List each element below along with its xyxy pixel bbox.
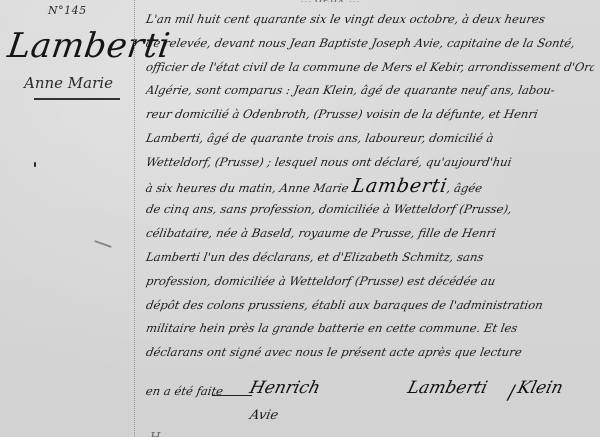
body-line: de relevée, devant nous Jean Baptiste Jo… [144, 32, 596, 56]
signature-separator: / [508, 380, 515, 404]
body-line: L'an mil huit cent quarante six le vingt… [144, 8, 596, 32]
body-line: Lamberti, âgé de quarante trois ans, lab… [144, 127, 596, 151]
previous-entry-fragment: ... deux ... [300, 0, 500, 2]
body-line: célibataire, née à Baseld, royaume de Pr… [144, 222, 596, 246]
next-entry-fragment: H... [150, 426, 590, 437]
body-line: dépôt des colons prussiens, établi aux b… [144, 294, 596, 318]
body-line: reur domicilié à Odenbroth, (Prusse) voi… [144, 103, 596, 127]
margin-underline [34, 98, 120, 100]
entry-number: N°145 [48, 4, 87, 17]
age-suffix: , âgée [446, 181, 484, 195]
signature-lamberti: Lamberti [406, 378, 490, 398]
deceased-surname: Lamberti [351, 175, 449, 197]
ink-mark [34, 162, 36, 167]
body-line: Wetteldorf, (Prusse) ; lesquel nous ont … [144, 151, 596, 175]
signature-dash [212, 395, 252, 396]
body-line-text: à six heures du matin, Anne Marie [145, 181, 350, 195]
register-page: ... deux ... N°145 Lamberti Anne Marie L… [0, 0, 600, 437]
body-line: de cinq ans, sans profession, domiciliée… [144, 198, 596, 222]
body-line: déclarans ont signé avec nous le présent… [144, 341, 596, 365]
margin-column: N°145 Lamberti Anne Marie [0, 0, 138, 437]
body-line: militaire hein près la grande batterie e… [144, 317, 596, 341]
signature-block: en a été faite Henrich Lamberti / Klein [146, 378, 594, 408]
body-line-with-name: à six heures du matin, Anne Marie Lamber… [144, 175, 596, 199]
officer-signature: Avie [248, 408, 279, 423]
body-line: officier de l'état civil de la commune d… [144, 56, 596, 80]
ink-mark [94, 240, 112, 248]
margin-rule [134, 0, 135, 437]
entry-body: L'an mil huit cent quarante six le vingt… [146, 8, 594, 365]
body-line: Lamberti l'un des déclarans, et d'Elizab… [144, 246, 596, 270]
margin-given-names: Anne Marie [24, 74, 113, 92]
body-line: Algérie, sont comparus : Jean Klein, âgé… [144, 79, 596, 103]
body-line: profession, domiciliée à Wetteldorf (Pru… [144, 270, 596, 294]
signature-klein: Klein [516, 378, 566, 398]
signature-henrich: Henrich [248, 378, 323, 398]
